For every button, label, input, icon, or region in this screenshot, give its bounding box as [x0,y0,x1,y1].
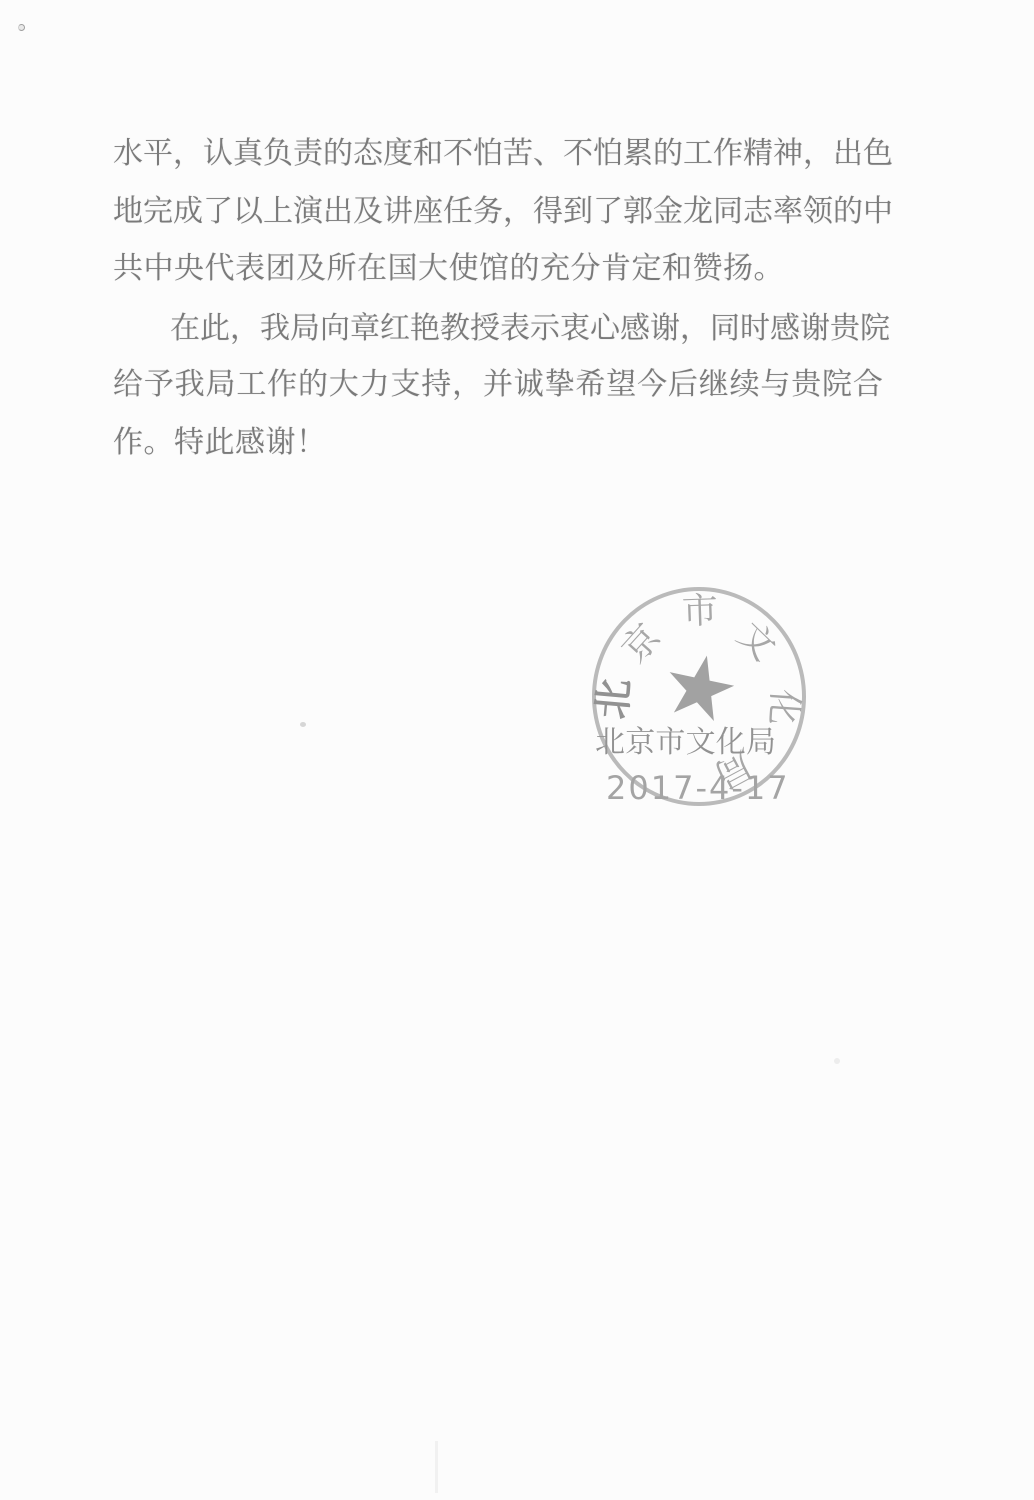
scan-artifact-line [435,1441,438,1493]
seal-date: 2017-4-17 [606,770,766,806]
letter-line: 在此，我局向章红艳教授表示衷心感谢，同时感谢贵院 [113,309,883,349]
letter-line: 给予我局工作的大力支持，并诚挚希望今后继续与贵院合 [113,365,883,405]
letter-line: 水平，认真负责的态度和不怕苦、不怕累的工作精神，出色 [113,134,883,174]
letter-line: 作。特此感谢！ [113,423,883,463]
seal-arc-character: 市 [681,593,718,630]
letter-line: 共中央代表团及所在国大使馆的充分肯定和赞扬。 [113,249,883,289]
scanned-letter-page: 水平，认真负责的态度和不怕苦、不怕累的工作精神，出色 地完成了以上演出及讲座任务… [0,0,1034,1500]
official-seal: 北 京 市 文 化 局 ★ 北京市文化局 2017-4-17 [590,585,812,811]
letter-body: 水平，认真负责的态度和不怕苦、不怕累的工作精神，出色 地完成了以上演出及讲座任务… [0,0,1034,500]
star-icon: ★ [649,637,751,739]
scan-speck [300,722,306,727]
letter-line: 地完成了以上演出及讲座任务，得到了郭金龙同志率领的中 [113,192,883,232]
seal-arc-character: 化 [764,688,802,726]
seal-arc-character: 北 [592,677,635,720]
seal-organization-name: 北京市文化局 [595,726,776,760]
scan-speck [834,1058,840,1064]
